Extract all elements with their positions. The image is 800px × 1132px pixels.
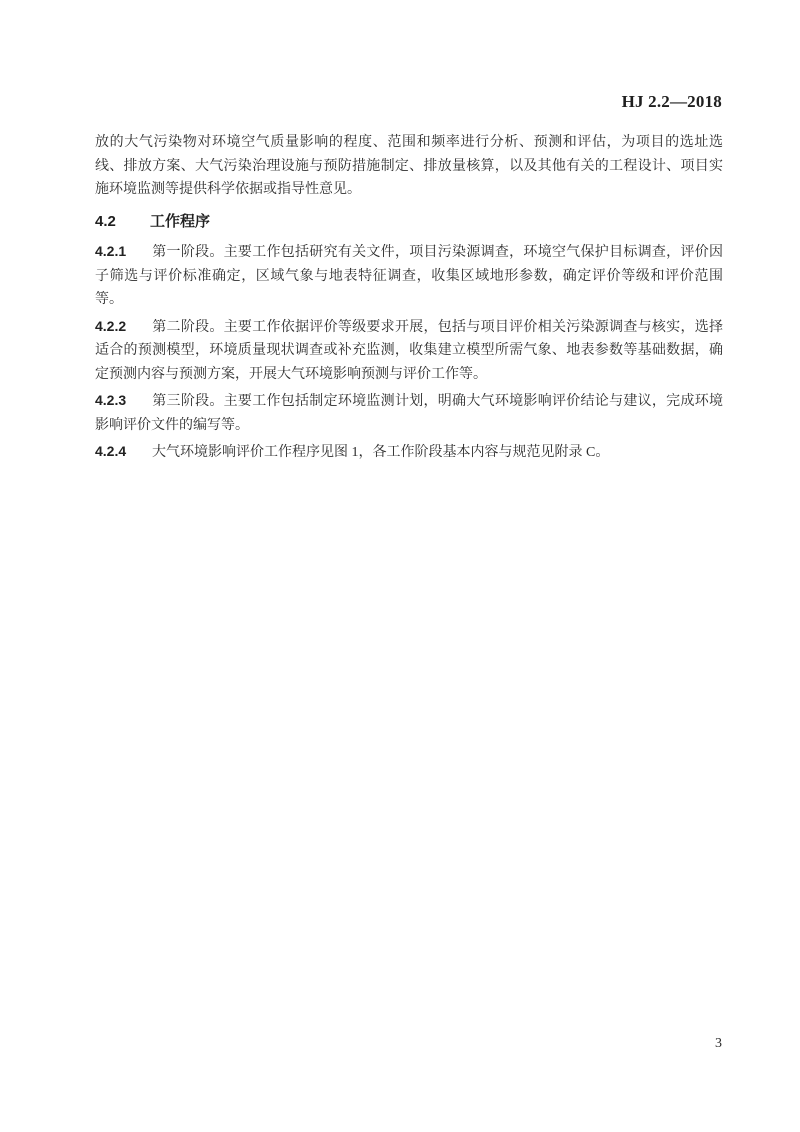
intro-paragraph: 放的大气污染物对环境空气质量影响的程度、范围和频率进行分析、预测和评估，为项目的… — [95, 131, 723, 202]
document-page: HJ 2.2—2018 放的大气污染物对环境空气质量影响的程度、范围和频率进行分… — [0, 0, 800, 1132]
document-content: 放的大气污染物对环境空气质量影响的程度、范围和频率进行分析、预测和评估，为项目的… — [95, 131, 723, 468]
standard-code: HJ 2.2—2018 — [622, 92, 722, 111]
page-number: 3 — [95, 1036, 722, 1052]
clause-number: 4.2.4 — [95, 440, 152, 464]
section-title: 工作程序 — [150, 213, 210, 230]
clause-4-2-2: 4.2.2第二阶段。主要工作依据评价等级要求开展，包括与项目评价相关污染源调查与… — [95, 315, 723, 387]
clause-text: 第一阶段。主要工作包括研究有关文件，项目污染源调查，环境空气保护目标调查，评价因… — [95, 245, 723, 307]
clause-text: 大气环境影响评价工作程序见图 1，各工作阶段基本内容与规范见附录 C。 — [152, 445, 609, 460]
clause-number: 4.2.1 — [95, 240, 152, 264]
page-header: HJ 2.2—2018 — [95, 92, 722, 112]
section-heading: 4.2工作程序 — [95, 210, 723, 234]
clause-4-2-1: 4.2.1第一阶段。主要工作包括研究有关文件，项目污染源调查，环境空气保护目标调… — [95, 240, 723, 312]
clause-number: 4.2.2 — [95, 315, 152, 339]
clause-4-2-4: 4.2.4大气环境影响评价工作程序见图 1，各工作阶段基本内容与规范见附录 C。 — [95, 440, 723, 465]
clause-text: 第三阶段。主要工作包括制定环境监测计划，明确大气环境影响评价结论与建议，完成环境… — [95, 394, 723, 433]
clause-4-2-3: 4.2.3第三阶段。主要工作包括制定环境监测计划，明确大气环境影响评价结论与建议… — [95, 389, 723, 437]
clause-number: 4.2.3 — [95, 389, 152, 413]
clause-text: 第二阶段。主要工作依据评价等级要求开展，包括与项目评价相关污染源调查与核实，选择… — [95, 320, 723, 382]
section-number: 4.2 — [95, 210, 150, 234]
